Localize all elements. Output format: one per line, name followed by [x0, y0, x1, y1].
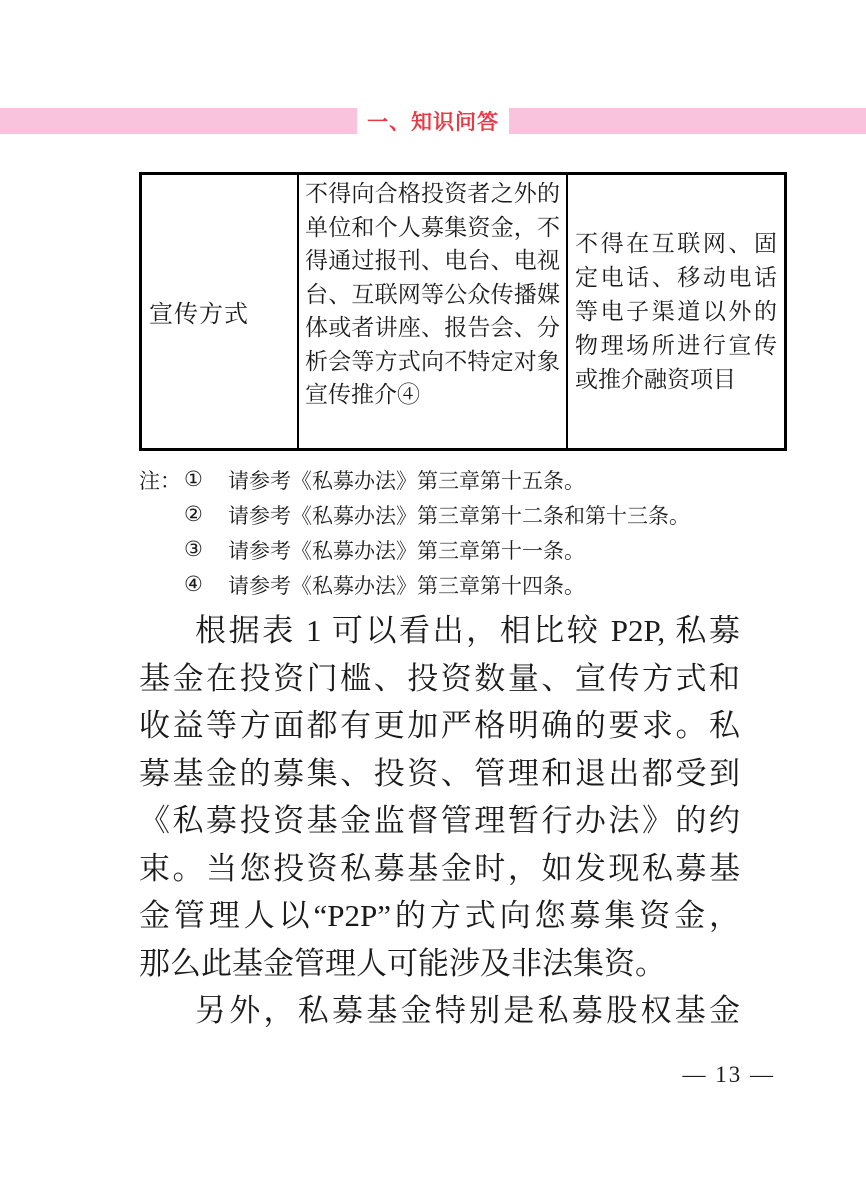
footnote-item: ② 请参考《私募办法》第三章第十二条和第十三条。: [139, 497, 779, 532]
text-line: 收益等方面都有更加严格明确的要求。私: [139, 702, 740, 750]
text-line: 募基金的募集、投资、管理和退出都受到: [139, 750, 740, 798]
footnote-text: 请参考《私募办法》第三章第十五条。: [228, 465, 585, 495]
footnote-item: ④ 请参考《私募办法》第三章第十四条。: [139, 567, 779, 602]
text-line: 那么此基金管理人可能涉及非法集资。: [139, 940, 740, 988]
p2p-cell: 不得在互联网、固定电话、移动电话等电子渠道以外的物理场所进行宣传或推介融资项目: [567, 174, 786, 450]
private-fund-cell: 不得向合格投资者之外的单位和个人募集资金，不得通过报刊、电台、电视台、互联网等公…: [298, 174, 567, 450]
footnote-prefix: 注：: [139, 465, 184, 495]
footnote-item: ③ 请参考《私募办法》第三章第十一条。: [139, 532, 779, 567]
book-page: 一、知识问答 宣传方式 不得向合格投资者之外的单位和个人募集资金，不得通过报刊、…: [0, 0, 866, 1189]
footnote-text: 请参考《私募办法》第三章第十四条。: [228, 570, 585, 600]
footnotes: 注： ① 请参考《私募办法》第三章第十五条。 ② 请参考《私募办法》第三章第十二…: [139, 462, 779, 602]
footnote-item: 注： ① 请参考《私募办法》第三章第十五条。: [139, 462, 779, 497]
body-paragraphs: 根据表 1 可以看出，相比较 P2P, 私募 基金在投资门槛、投资数量、宣传方式…: [139, 607, 740, 1035]
footnote-text: 请参考《私募办法》第三章第十二条和第十三条。: [228, 500, 690, 530]
footnote-number: ④: [184, 572, 228, 597]
row-label-cell: 宣传方式: [141, 174, 299, 450]
footnote-number: ①: [184, 467, 228, 492]
header-band-right: [509, 108, 866, 134]
text-line: 束。当您投资私募基金时，如发现私募基: [139, 845, 740, 893]
table-row: 宣传方式 不得向合格投资者之外的单位和个人募集资金，不得通过报刊、电台、电视台、…: [141, 174, 786, 450]
footnote-number: ③: [184, 537, 228, 562]
page-number: — 13 —: [683, 1062, 776, 1088]
text-line: 《私募投资基金监督管理暂行办法》的约: [139, 797, 740, 845]
header-band-gap: 一、知识问答: [357, 108, 509, 134]
footnote-number: ②: [184, 502, 228, 527]
text-line: 另外，私募基金特别是私募股权基金: [139, 987, 740, 1035]
header-band: 一、知识问答: [0, 108, 866, 134]
page-title: 一、知识问答: [367, 106, 499, 136]
footnote-text: 请参考《私募办法》第三章第十一条。: [228, 535, 585, 565]
text-line: 根据表 1 可以看出，相比较 P2P, 私募: [139, 607, 740, 655]
header-band-left: [0, 108, 357, 134]
text-line: 基金在投资门槛、投资数量、宣传方式和: [139, 655, 740, 703]
comparison-table: 宣传方式 不得向合格投资者之外的单位和个人募集资金，不得通过报刊、电台、电视台、…: [139, 172, 787, 451]
text-line: 金管理人以“P2P”的方式向您募集资金，: [139, 892, 740, 940]
